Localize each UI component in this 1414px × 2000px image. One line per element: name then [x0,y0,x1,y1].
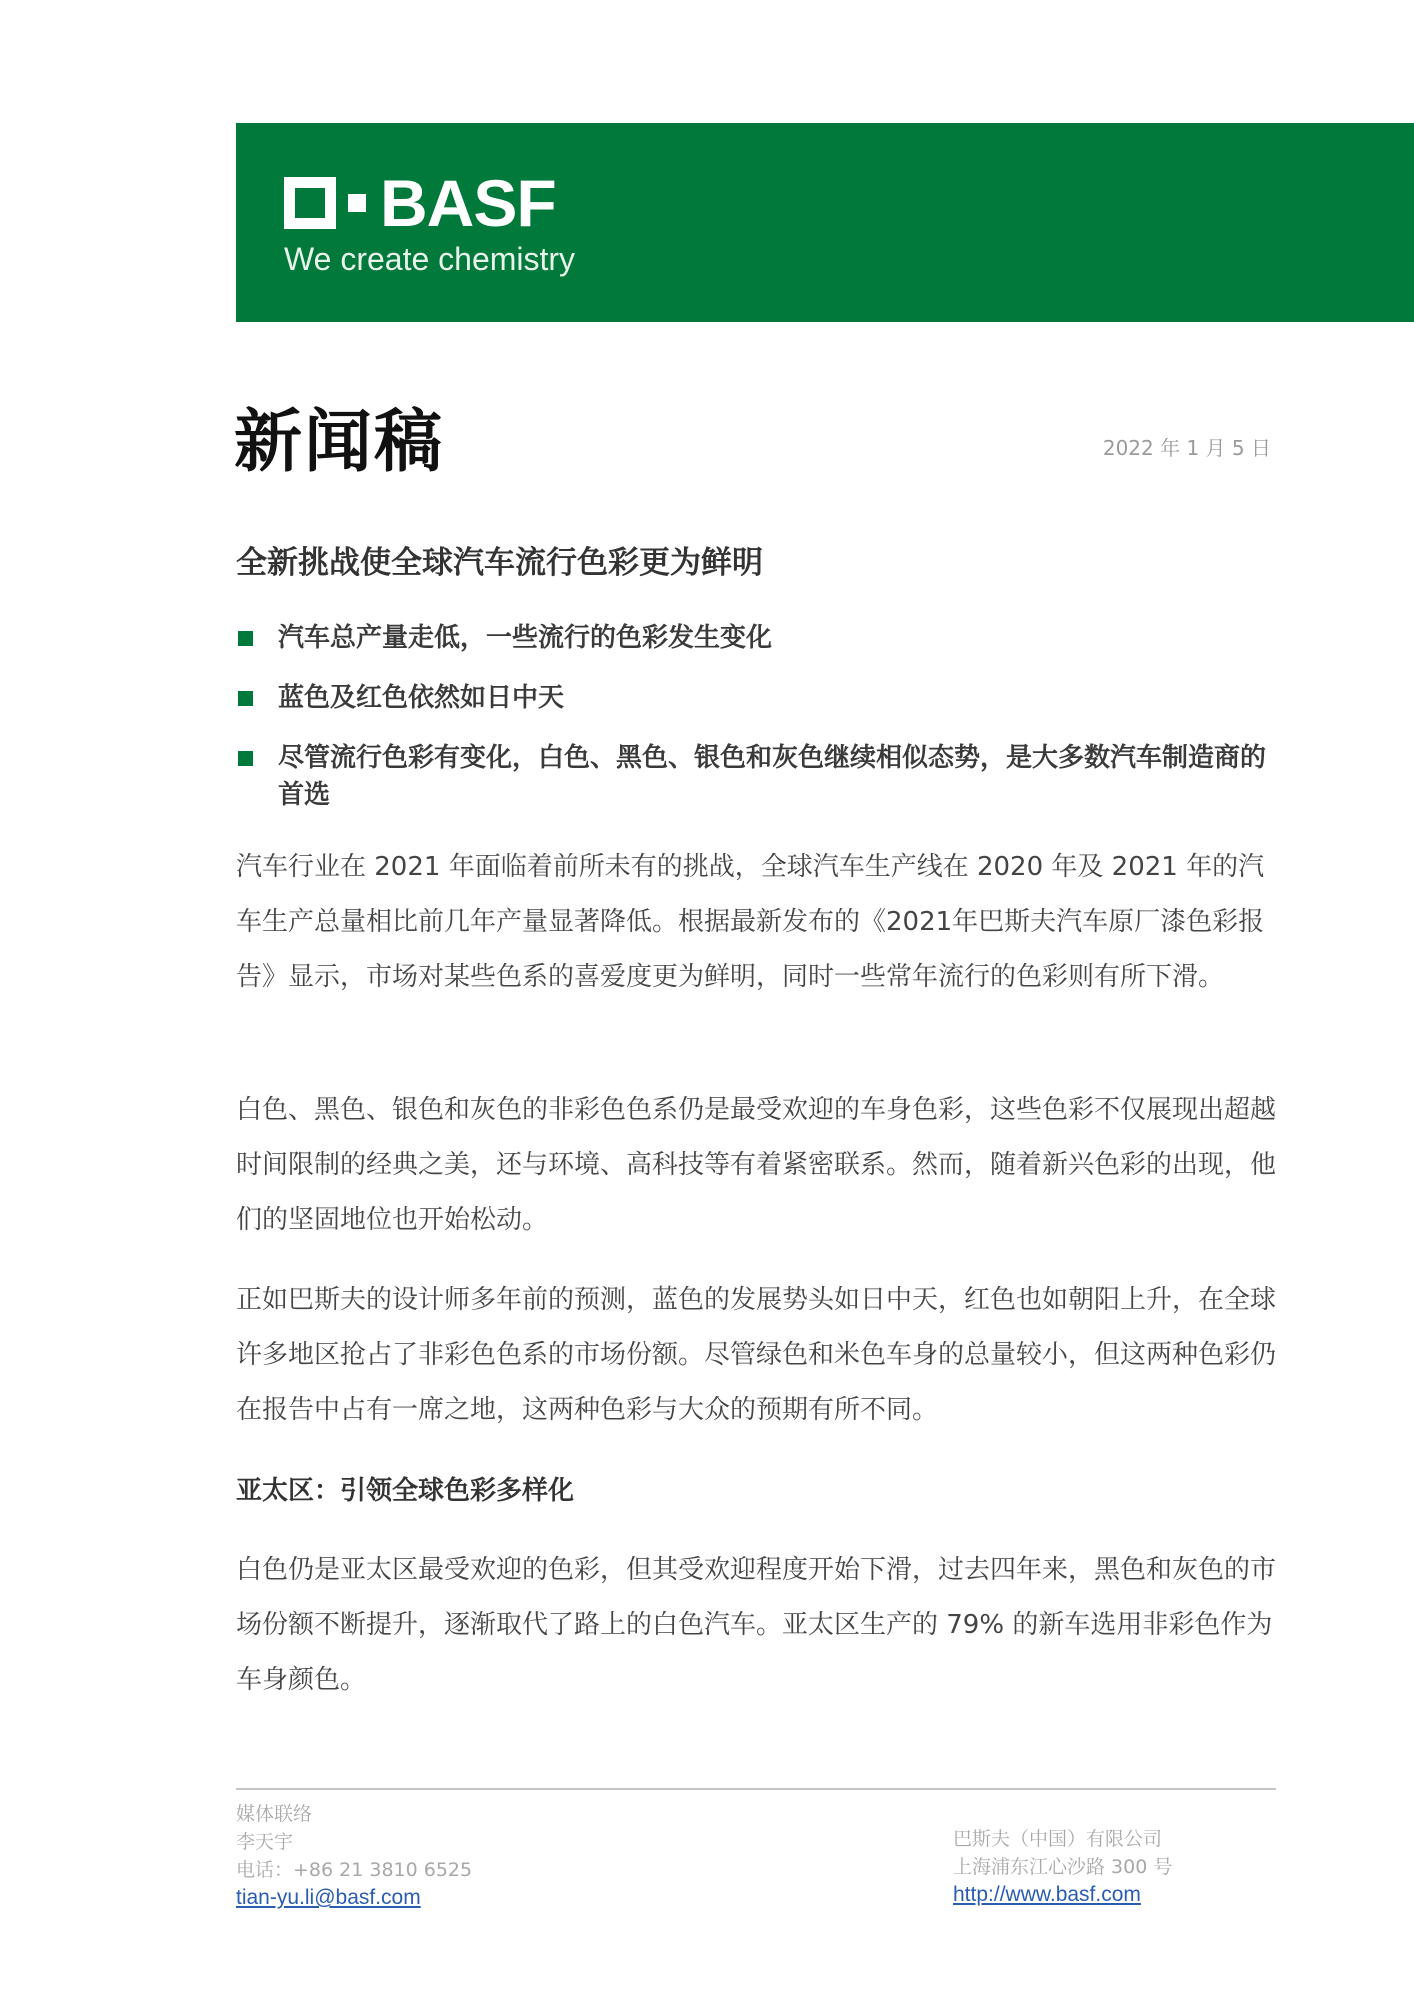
section-heading: 亚太区：引领全球色彩多样化 [236,1470,574,1507]
contact-label: 媒体联络 [236,1800,472,1828]
contact-email-link[interactable]: tian-yu.li@basf.com [236,1886,421,1909]
release-date: 2022 年 1 月 5 日 [1103,432,1271,461]
body-paragraph: 白色仍是亚太区最受欢迎的色彩，但其受欢迎程度开始下滑，过去四年来，黑色和灰色的市… [236,1543,1286,1708]
key-point: 汽车总产量走低，一些流行的色彩发生变化 [236,620,1276,657]
company-info: 巴斯夫（中国）有限公司 上海浦东江心沙路 300 号 http://www.ba… [953,1825,1172,1909]
key-point-text: 尽管流行色彩有变化，白色、黑色、银色和灰色继续相似态势，是大多数汽车制造商的首选 [278,743,1266,810]
company-name: 巴斯夫（中国）有限公司 [953,1825,1172,1853]
brand-tagline: We create chemistry [284,241,575,278]
brand-banner: BASF We create chemistry [236,123,1414,322]
logo-square-solid-icon [348,194,366,212]
key-point: 蓝色及红色依然如日中天 [236,680,1276,717]
brand-name: BASF [380,175,556,231]
page-title: 新闻稿 [234,388,444,485]
logo-square-outline-icon [284,177,336,229]
logo-mark: BASF [284,175,575,231]
media-contact: 媒体联络 李天宇 电话：+86 21 3810 6525 tian-yu.li@… [236,1800,472,1912]
key-points-list: 汽车总产量走低，一些流行的色彩发生变化 蓝色及红色依然如日中天 尽管流行色彩有变… [236,620,1276,837]
contact-name: 李天宇 [236,1828,472,1856]
body-paragraph: 白色、黑色、银色和灰色的非彩色色系仍是最受欢迎的车身色彩，这些色彩不仅展现出超越… [236,1083,1286,1248]
body-paragraph: 汽车行业在 2021 年面临着前所未有的挑战，全球汽车生产线在 2020 年及 … [236,840,1286,1005]
basf-logo: BASF We create chemistry [284,175,575,278]
body-paragraph: 正如巴斯夫的设计师多年前的预测，蓝色的发展势头如日中天，红色也如朝阳上升，在全球… [236,1273,1286,1438]
green-square-bullet-icon [238,691,253,706]
key-point-text: 汽车总产量走低，一些流行的色彩发生变化 [278,623,772,653]
green-square-bullet-icon [238,631,253,646]
contact-phone: 电话：+86 21 3810 6525 [236,1856,472,1884]
footer-divider [236,1788,1276,1790]
green-square-bullet-icon [238,751,253,766]
key-point-text: 蓝色及红色依然如日中天 [278,683,564,713]
key-point: 尽管流行色彩有变化，白色、黑色、银色和灰色继续相似态势，是大多数汽车制造商的首选 [236,740,1276,814]
company-address: 上海浦东江心沙路 300 号 [953,1853,1172,1881]
headline: 全新挑战使全球汽车流行色彩更为鲜明 [236,537,763,582]
website-link[interactable]: http://www.basf.com [953,1883,1141,1906]
